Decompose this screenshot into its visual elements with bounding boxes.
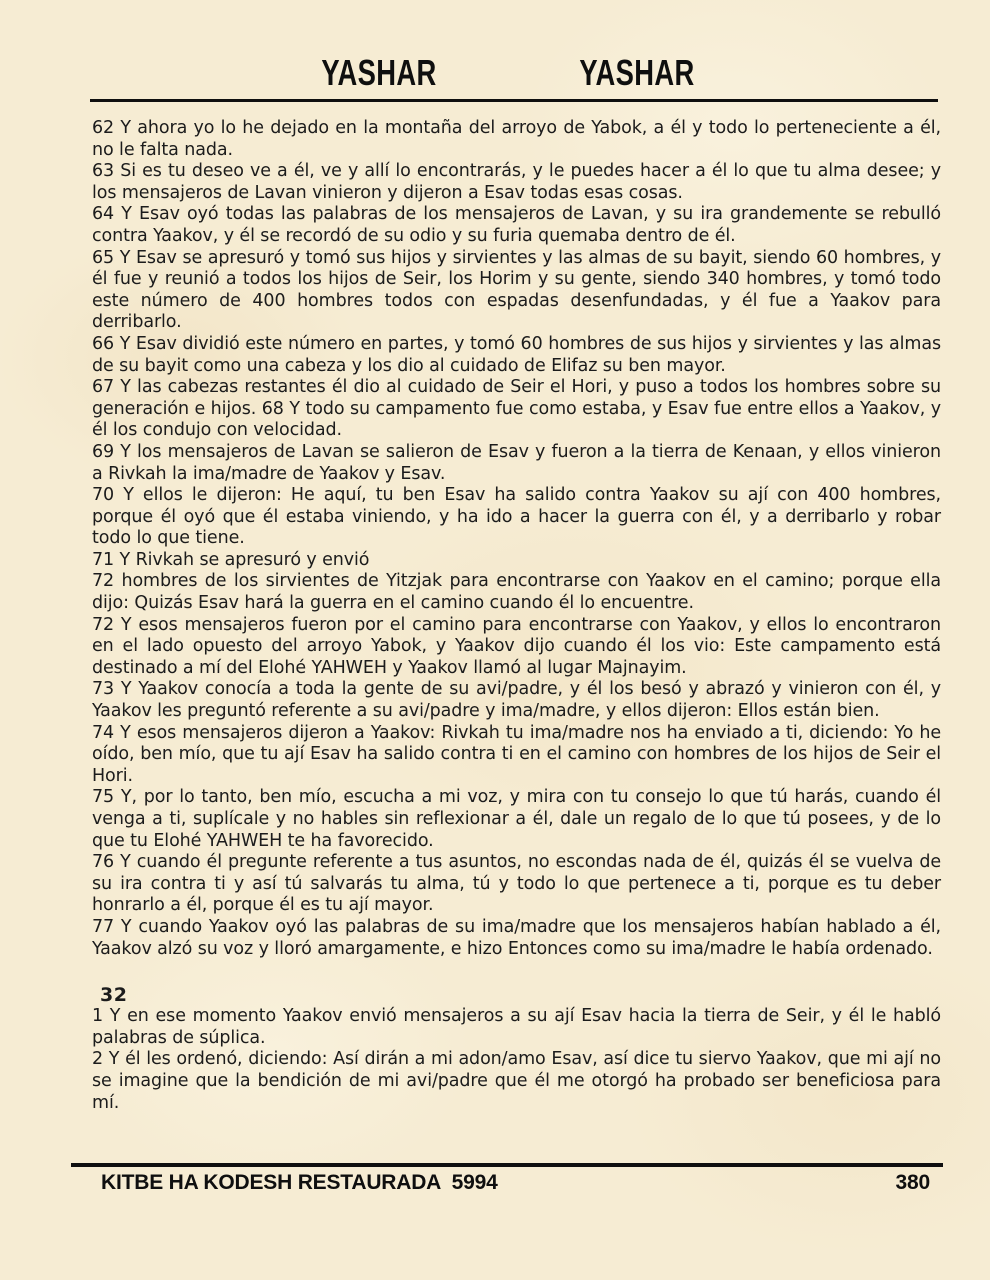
- verse-paragraph: 64 Y Esav oyó todas las palabras de los …: [92, 204, 941, 247]
- verse-paragraph: 70 Y ellos le dijeron: He aquí, tu ben E…: [92, 485, 941, 550]
- running-head-left: YASHAR: [321, 52, 436, 94]
- verse-paragraph: 74 Y esos mensajeros dijeron a Yaakov: R…: [92, 723, 941, 788]
- verse-paragraph: 1 Y en ese momento Yaakov envió mensajer…: [92, 1006, 941, 1049]
- verse-paragraph: 67 Y las cabezas restantes él dio al cui…: [92, 377, 941, 442]
- verse-paragraph: 69 Y los mensajeros de Lavan se salieron…: [92, 442, 941, 485]
- verse-paragraph: 65 Y Esav se apresuró y tomó sus hijos y…: [92, 248, 941, 334]
- verse-paragraph: 62 Y ahora yo lo he dejado en la montaña…: [92, 118, 941, 161]
- footer-book-title: KITBE HA KODESH RESTAURADA 5994: [101, 1171, 498, 1195]
- body-text: 62 Y ahora yo lo he dejado en la montaña…: [92, 118, 941, 1114]
- verse-paragraph: 72 hombres de los sirvientes de Yitzjak …: [92, 571, 941, 614]
- verse-paragraph: 75 Y, por lo tanto, ben mío, escucha a m…: [92, 787, 941, 852]
- verse-paragraph: 63 Si es tu deseo ve a él, ve y allí lo …: [92, 161, 941, 204]
- verse-paragraph: 71 Y Rivkah se apresuró y envió: [92, 550, 941, 572]
- verse-paragraph: 77 Y cuando Yaakov oyó las palabras de s…: [92, 917, 941, 960]
- verse-paragraph: 2 Y él les ordenó, diciendo: Así dirán a…: [92, 1049, 941, 1114]
- chapter-heading: 32: [100, 984, 941, 1006]
- verse-paragraph: 66 Y Esav dividió este número en partes,…: [92, 334, 941, 377]
- document-page: YASHAR YASHAR 62 Y ahora yo lo he dejado…: [0, 0, 990, 1280]
- footer-rule: [71, 1163, 943, 1167]
- running-head-right: YASHAR: [579, 52, 694, 94]
- verse-paragraph: 72 Y esos mensajeros fueron por el camin…: [92, 615, 941, 680]
- verse-paragraph: 73 Y Yaakov conocía a toda la gente de s…: [92, 679, 941, 722]
- header-rule: [90, 99, 938, 102]
- verse-paragraph: 76 Y cuando él pregunte referente a tus …: [92, 852, 941, 917]
- page-number: 380: [896, 1171, 930, 1195]
